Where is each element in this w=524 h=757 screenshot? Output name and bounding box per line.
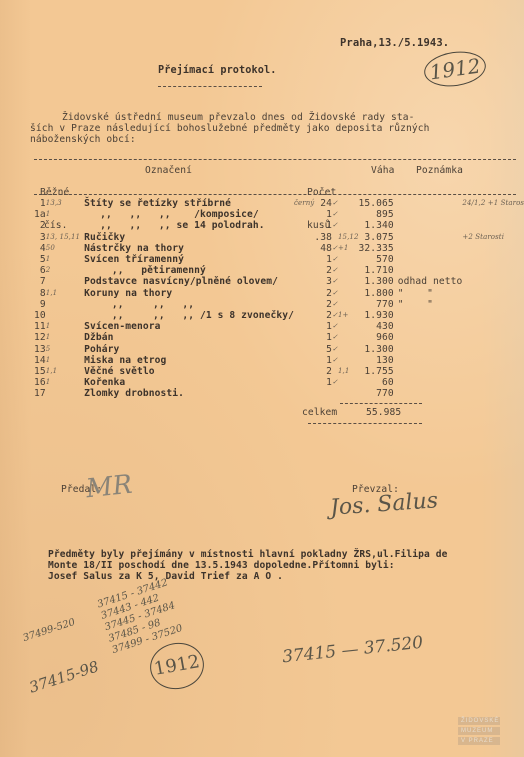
intro-line-2: ších v Praze následující bohoslužebné př… bbox=[30, 123, 430, 134]
row-note bbox=[394, 198, 463, 209]
row-check-icon: ✓ bbox=[332, 344, 338, 355]
row-check-icon: ✓ bbox=[332, 265, 338, 276]
row-hand-mark bbox=[46, 220, 80, 231]
row-hand-left bbox=[294, 209, 314, 220]
row-hand-note bbox=[462, 220, 524, 231]
row-weight: 1.930 bbox=[359, 310, 394, 321]
row-count-note: 1,1 bbox=[338, 366, 359, 377]
row-hand-left bbox=[294, 366, 314, 377]
row-check-icon: ✓ bbox=[332, 254, 338, 265]
row-designation: Zlomky drobnosti. bbox=[80, 388, 294, 399]
row-weight: 3.075 bbox=[359, 232, 394, 243]
row-hand-mark: 2 bbox=[46, 265, 80, 276]
row-note bbox=[394, 344, 463, 355]
row-number: 10 bbox=[34, 310, 46, 321]
row-hand-left bbox=[294, 232, 314, 243]
row-weight: 430 bbox=[359, 321, 394, 332]
row-number: 1 bbox=[34, 198, 46, 209]
row-hand-note bbox=[462, 377, 524, 388]
row-designation: Štíty se řetízky stříbrné bbox=[80, 198, 294, 209]
row-note bbox=[394, 243, 463, 254]
row-designation: Ručičky bbox=[80, 232, 294, 243]
row-hand-mark: 5 bbox=[46, 344, 80, 355]
table-row: 2,, ,, ,, se 14 polodrah.1✓1.340 bbox=[34, 220, 524, 231]
row-number: 4 bbox=[34, 243, 46, 254]
table-row: 1a1,, ,, ,, /komposice/1✓895 bbox=[34, 209, 524, 220]
row-hand-mark: 1 bbox=[46, 321, 80, 332]
row-designation: Koruny na thory bbox=[80, 288, 294, 299]
place-date: Praha,13./5.1943. bbox=[340, 37, 449, 49]
items-table: 113,3Štíty se řetízky stříbrnéčerný24✓15… bbox=[34, 198, 524, 400]
row-hand-left bbox=[294, 377, 314, 388]
row-number: 8 bbox=[34, 288, 46, 299]
header-weight: Váha bbox=[371, 165, 395, 176]
row-designation: Džbán bbox=[80, 332, 294, 343]
handed-signature: MR bbox=[85, 470, 134, 505]
row-count: 2 bbox=[314, 288, 332, 299]
row-note bbox=[394, 377, 463, 388]
row-count: 1 bbox=[314, 332, 332, 343]
row-count bbox=[314, 388, 332, 399]
row-hand-mark: 1,1 bbox=[46, 288, 80, 299]
received-signature: Jos. Salus bbox=[329, 488, 439, 520]
row-count-note bbox=[338, 198, 359, 209]
row-check-icon: ✓ bbox=[332, 321, 338, 332]
row-number: 6 bbox=[34, 265, 46, 276]
row-hand-mark bbox=[46, 276, 80, 287]
row-hand-mark: 1 bbox=[46, 254, 80, 265]
row-number: 5 bbox=[34, 254, 46, 265]
row-hand-note bbox=[462, 276, 524, 287]
row-number: 17 bbox=[34, 388, 46, 399]
row-check-icon: ✓ bbox=[332, 332, 338, 343]
row-count-note bbox=[338, 288, 359, 299]
row-count-note bbox=[338, 209, 359, 220]
stamp-line-3: V PRAZE bbox=[458, 737, 500, 745]
table-header-rule bbox=[34, 194, 516, 195]
row-hand-left bbox=[294, 276, 314, 287]
row-weight: 1.710 bbox=[359, 265, 394, 276]
row-weight: 770 bbox=[359, 388, 394, 399]
row-hand-note bbox=[462, 321, 524, 332]
handnote-left-bottom: 37415-98 bbox=[27, 657, 101, 696]
archive-number: 1912 bbox=[423, 49, 487, 89]
stamp-line-2: MUZEUM bbox=[458, 727, 500, 735]
row-count: 1 bbox=[314, 220, 332, 231]
row-note bbox=[394, 366, 463, 377]
row-hand-note bbox=[462, 355, 524, 366]
row-note bbox=[394, 232, 463, 243]
row-hand-mark: 1 bbox=[46, 209, 80, 220]
row-number: 13 bbox=[34, 344, 46, 355]
intro-line-3: náboženských obcí: bbox=[30, 134, 136, 145]
total-label: celkem bbox=[302, 407, 337, 418]
row-designation: ,, ,, ,, se 14 polodrah. bbox=[80, 220, 294, 231]
row-number: 14 bbox=[34, 355, 46, 366]
row-hand-note: +2 Starosti bbox=[462, 232, 524, 243]
row-designation: Věčné světlo bbox=[80, 366, 294, 377]
row-count: 1 bbox=[314, 377, 332, 388]
row-hand-note bbox=[462, 344, 524, 355]
row-designation: ,, ,, ,, /komposice/ bbox=[80, 209, 294, 220]
row-weight: 1.300 bbox=[359, 276, 394, 287]
row-count: 1 bbox=[314, 355, 332, 366]
row-hand-mark bbox=[46, 299, 80, 310]
row-note bbox=[394, 332, 463, 343]
row-number: 16 bbox=[34, 377, 46, 388]
row-note bbox=[394, 265, 463, 276]
center-number-circle: 1912 bbox=[146, 639, 207, 694]
closing-line-2: Monte 18/II poschodí dne 13.5.1943 dopol… bbox=[48, 560, 395, 571]
table-row: 151,1Věčné světlo21,11.755 bbox=[34, 366, 524, 377]
header-number-line1: Běžné bbox=[40, 187, 69, 198]
row-designation: Svícen-menora bbox=[80, 321, 294, 332]
row-hand-left bbox=[294, 344, 314, 355]
row-hand-mark: 1 bbox=[46, 332, 80, 343]
row-hand-note bbox=[462, 209, 524, 220]
row-count: 1 bbox=[314, 209, 332, 220]
row-count-note bbox=[338, 377, 359, 388]
row-hand-note bbox=[462, 332, 524, 343]
row-designation: ,, pětiramenný bbox=[80, 265, 294, 276]
row-count-note bbox=[338, 355, 359, 366]
table-row: 81,1Koruny na thory2✓1.800" " bbox=[34, 288, 524, 299]
row-note bbox=[394, 220, 463, 231]
table-row: 450Nástrčky na thory48✓+132.335 bbox=[34, 243, 524, 254]
row-weight: 1.755 bbox=[359, 366, 394, 377]
table-row: 111Svícen-menora1✓430 bbox=[34, 321, 524, 332]
row-check-icon: ✓ bbox=[332, 209, 338, 220]
row-count-note bbox=[338, 265, 359, 276]
row-note bbox=[394, 209, 463, 220]
row-weight: 960 bbox=[359, 332, 394, 343]
row-hand-mark: 1,1 bbox=[46, 366, 80, 377]
row-count: 1 bbox=[314, 321, 332, 332]
row-designation: Podstavce nasvícny/plněné olovem/ bbox=[80, 276, 294, 287]
row-count: 3 bbox=[314, 276, 332, 287]
row-weight: 570 bbox=[359, 254, 394, 265]
row-number: 1a bbox=[34, 209, 46, 220]
row-hand-left bbox=[294, 288, 314, 299]
row-note: " " bbox=[394, 288, 463, 299]
row-designation: Poháry bbox=[80, 344, 294, 355]
row-weight: 1.300 bbox=[359, 344, 394, 355]
row-number: 7 bbox=[34, 276, 46, 287]
table-row: 113,3Štíty se řetízky stříbrnéčerný24✓15… bbox=[34, 198, 524, 209]
row-hand-left bbox=[294, 243, 314, 254]
row-count-note bbox=[338, 254, 359, 265]
title-underline bbox=[158, 86, 262, 87]
row-hand-left bbox=[294, 254, 314, 265]
row-hand-mark bbox=[46, 388, 80, 399]
row-hand-note bbox=[462, 243, 524, 254]
row-count-note: 1+ bbox=[338, 310, 359, 321]
closing-line-1: Předměty byly přejímány v místnosti hlav… bbox=[48, 549, 448, 560]
row-check-icon: ✓ bbox=[332, 355, 338, 366]
row-hand-left bbox=[294, 220, 314, 231]
row-count: 1 bbox=[314, 254, 332, 265]
total-bottom-rule bbox=[308, 423, 422, 424]
row-hand-mark bbox=[46, 310, 80, 321]
row-weight: 32.335 bbox=[359, 243, 394, 254]
row-hand-note bbox=[462, 366, 524, 377]
row-hand-note bbox=[462, 310, 524, 321]
handnote-left-top: 37499-520 bbox=[22, 617, 77, 644]
table-row: 313, 15,11Ručičky.3815,123.075+2 Starost… bbox=[34, 232, 524, 243]
row-weight: 895 bbox=[359, 209, 394, 220]
row-weight: 770 bbox=[359, 299, 394, 310]
table-row: 161Kořenka1✓60 bbox=[34, 377, 524, 388]
row-count: 48 bbox=[314, 243, 332, 254]
document-title: Přejímací protokol. bbox=[158, 65, 276, 76]
row-count-note bbox=[338, 299, 359, 310]
handnote-right-range: 37415 — 37.520 bbox=[281, 633, 424, 668]
row-hand-mark: 13,3 bbox=[46, 198, 80, 209]
row-check-icon: ✓ bbox=[332, 276, 338, 287]
row-count-note: +1 bbox=[338, 243, 359, 254]
row-count: 24 bbox=[314, 198, 332, 209]
row-hand-note bbox=[462, 265, 524, 276]
row-designation: Nástrčky na thory bbox=[80, 243, 294, 254]
row-weight: 60 bbox=[359, 377, 394, 388]
stamp-line-1: ŽIDOVSKÉ bbox=[458, 717, 500, 725]
row-weight: 15.065 bbox=[359, 198, 394, 209]
row-hand-note bbox=[462, 299, 524, 310]
row-check-icon: ✓ bbox=[332, 198, 338, 209]
row-designation: Svícen tříramenný bbox=[80, 254, 294, 265]
row-hand-left bbox=[294, 299, 314, 310]
row-hand-left bbox=[294, 310, 314, 321]
row-hand-note: 24/1,2 +1 Starosti bbox=[462, 198, 524, 209]
row-count: .38 bbox=[314, 232, 332, 243]
header-note: Poznámka bbox=[416, 165, 463, 176]
row-check-icon: ✓ bbox=[332, 288, 338, 299]
row-weight: 1.340 bbox=[359, 220, 394, 231]
table-row: 121Džbán1✓960 bbox=[34, 332, 524, 343]
row-hand-mark: 1 bbox=[46, 377, 80, 388]
row-count-note bbox=[338, 344, 359, 355]
row-weight: 1.800 bbox=[359, 288, 394, 299]
row-hand-mark: 50 bbox=[46, 243, 80, 254]
table-row: 10 ,, ,, ,, /1 s 8 zvonečky/2✓1+1.930 bbox=[34, 310, 524, 321]
row-number: 15 bbox=[34, 366, 46, 377]
row-count-note bbox=[338, 220, 359, 231]
row-hand-note bbox=[462, 254, 524, 265]
row-designation: ,, ,, ,, /1 s 8 zvonečky/ bbox=[80, 310, 294, 321]
intro-line-1: Židovské ústřední museum převzalo dnes o… bbox=[62, 112, 415, 123]
total-top-rule bbox=[340, 403, 422, 404]
row-note bbox=[394, 321, 463, 332]
row-note: odhad netto bbox=[394, 276, 463, 287]
archive-number-circle: 1912 bbox=[422, 48, 488, 90]
table-row: 62 ,, pětiramenný2✓1.710 bbox=[34, 265, 524, 276]
row-hand-left bbox=[294, 321, 314, 332]
row-hand-mark: 13, 15,11 bbox=[46, 232, 80, 243]
row-hand-left bbox=[294, 265, 314, 276]
row-number: 2 bbox=[34, 220, 46, 231]
table-row: 17Zlomky drobnosti.770 bbox=[34, 388, 524, 399]
header-count-line1: Počet bbox=[307, 187, 336, 198]
row-number: 3 bbox=[34, 232, 46, 243]
row-note bbox=[394, 355, 463, 366]
table-row: 9 ,, ,, ,,2✓770" " bbox=[34, 299, 524, 310]
total-weight: 55.985 bbox=[366, 407, 401, 418]
row-designation: Kořenka bbox=[80, 377, 294, 388]
row-hand-note bbox=[462, 388, 524, 399]
row-note bbox=[394, 310, 463, 321]
row-count-note bbox=[338, 332, 359, 343]
row-hand-mark: 1 bbox=[46, 355, 80, 366]
row-hand-left: černý bbox=[294, 198, 314, 209]
center-number: 1912 bbox=[148, 640, 207, 692]
row-weight: 130 bbox=[359, 355, 394, 366]
row-check-icon: ✓ bbox=[332, 220, 338, 231]
row-note: " " bbox=[394, 299, 463, 310]
row-check-icon: ✓ bbox=[332, 377, 338, 388]
row-count: 2 bbox=[314, 310, 332, 321]
row-designation: Miska na etrog bbox=[80, 355, 294, 366]
row-hand-note bbox=[462, 288, 524, 299]
row-count: 5 bbox=[314, 344, 332, 355]
row-check-icon: ✓ bbox=[332, 299, 338, 310]
table-row: 135Poháry5✓1.300 bbox=[34, 344, 524, 355]
row-count: 2 bbox=[314, 366, 332, 377]
row-designation: ,, ,, ,, bbox=[80, 299, 294, 310]
table-row: 141Miska na etrog1✓130 bbox=[34, 355, 524, 366]
table-row: 7Podstavce nasvícny/plněné olovem/3✓1.30… bbox=[34, 276, 524, 287]
row-hand-left bbox=[294, 388, 314, 399]
row-count-note bbox=[338, 388, 359, 399]
row-count-note bbox=[338, 276, 359, 287]
table-top-rule bbox=[34, 159, 516, 160]
row-number: 11 bbox=[34, 321, 46, 332]
row-count-note bbox=[338, 321, 359, 332]
row-count-note: 15,12 bbox=[338, 232, 359, 243]
row-count: 2 bbox=[314, 265, 332, 276]
row-count: 2 bbox=[314, 299, 332, 310]
header-designation: Označení bbox=[145, 165, 192, 176]
museum-stamp: ŽIDOVSKÉ MUZEUM V PRAZE bbox=[458, 717, 500, 747]
row-note bbox=[394, 254, 463, 265]
row-hand-left bbox=[294, 355, 314, 366]
table-row: 51Svícen tříramenný1✓570 bbox=[34, 254, 524, 265]
row-note bbox=[394, 388, 463, 399]
row-hand-left bbox=[294, 332, 314, 343]
row-number: 9 bbox=[34, 299, 46, 310]
row-number: 12 bbox=[34, 332, 46, 343]
